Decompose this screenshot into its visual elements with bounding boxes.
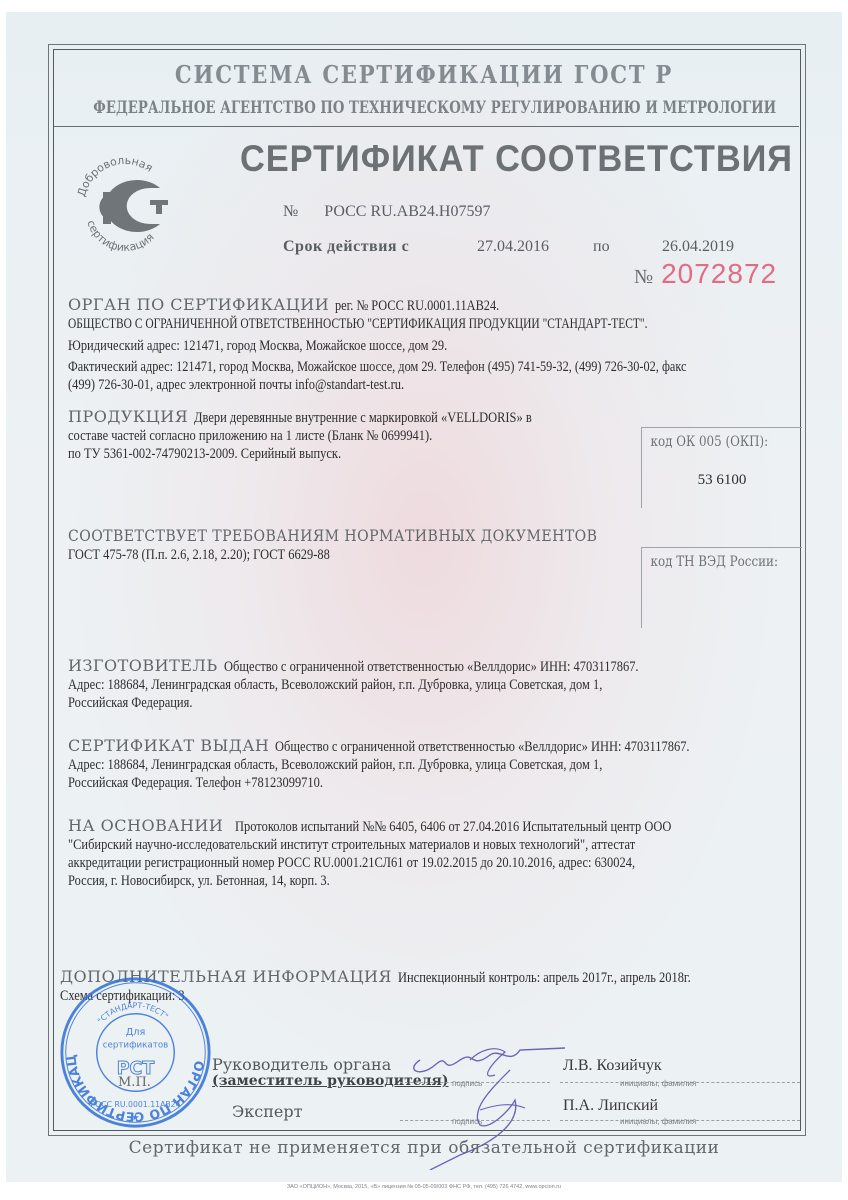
issued-to-text: Адрес: 188684, Ленинградская область, Вс… xyxy=(68,756,602,774)
number-value: РОСС RU.АВ24.Н07597 xyxy=(324,203,490,220)
okp-code-box: код ОК 005 (ОКП): 53 6100 xyxy=(641,427,802,508)
header-divider xyxy=(54,126,799,127)
conformity-standards: ГОСТ 475-78 (П.п. 2.6, 2.18, 2.20); ГОСТ… xyxy=(68,546,330,564)
svg-text:РОСС RU.0001.11АВ24: РОСС RU.0001.11АВ24 xyxy=(90,1100,180,1109)
blank-number-sign: № xyxy=(634,266,653,288)
certificate-title: СЕРТИФИКАТ СООТВЕТСТВИЯ xyxy=(240,138,793,180)
product-text: по ТУ 5361-002-74790213-2009. Серийный в… xyxy=(68,445,341,463)
svg-text:сертификатов: сертификатов xyxy=(103,1041,169,1051)
basis-text: Россия, г. Новосибирск, ул. Бетонная, 14… xyxy=(68,872,330,890)
product-text: составе частей согласно приложению на 1 … xyxy=(68,427,432,445)
certification-body-reg: рег. № РОСС RU.0001.11АВ24. xyxy=(335,297,499,315)
blank-serial-number: № 2072872 xyxy=(634,258,777,290)
basis-section: НА ОСНОВАНИИПротоколов испытаний №№ 6405… xyxy=(68,817,808,890)
mp-label: М.П. xyxy=(118,1075,151,1090)
certification-body-line: (499) 726-30-01, адрес электронной почты… xyxy=(68,376,404,394)
footer-note: Сертификат не применяется при обязательн… xyxy=(0,1138,848,1158)
tnved-code-box: код ТН ВЭД России: xyxy=(641,547,802,628)
svg-text:★: ★ xyxy=(131,1112,140,1123)
manufacturer-text: Общество с ограниченной ответственностью… xyxy=(224,658,639,676)
issued-to-section: СЕРТИФИКАТ ВЫДАНОбщество с ограниченной … xyxy=(68,737,808,792)
svg-text:Для: Для xyxy=(126,1027,146,1038)
expert-name-caption: инициалы, фамилия xyxy=(620,1117,696,1126)
basis-text: "Сибирский научно-исследовательский инст… xyxy=(68,836,635,854)
basis-text: аккредитации регистрационный номер РОСС … xyxy=(68,854,635,872)
agency-name: ФЕДЕРАЛЬНОЕ АГЕНТСТВО ПО ТЕХНИЧЕСКОМУ РЕ… xyxy=(93,98,754,118)
certification-body-heading: ОРГАН ПО СЕРТИФИКАЦИИ xyxy=(68,295,329,314)
valid-from: 27.04.2016 xyxy=(477,238,549,256)
printer-imprint: ЗАО «ОПЦИОН», Москва, 2015, «В» лицензия… xyxy=(0,1184,848,1190)
issued-to-text: Российская Федерация. Телефон +781230997… xyxy=(68,774,323,792)
certification-body-line: Фактический адрес: 121471, город Москва,… xyxy=(68,358,687,376)
additional-info-text: Инспекционный контроль: апрель 2017г., а… xyxy=(398,969,691,987)
valid-to-label: по xyxy=(593,238,610,256)
okp-code-label: код ОК 005 (ОКП): xyxy=(642,428,778,450)
issued-to-text: Общество с ограниченной ответственностью… xyxy=(275,738,690,756)
manufacturer-text: Российская Федерация. xyxy=(68,694,192,712)
validity-label: Срок действия с xyxy=(283,238,409,256)
system-title: СИСТЕМА СЕРТИФИКАЦИИ ГОСТ Р xyxy=(51,60,797,89)
head-name-caption: инициалы, фамилия xyxy=(620,1079,696,1088)
expert-label: Эксперт xyxy=(232,1102,302,1121)
product-text: Двери деревянные внутренние с маркировко… xyxy=(194,409,532,427)
certification-body-line: Юридический адрес: 121471, город Москва,… xyxy=(68,337,447,355)
seal-stamp-icon: ОРГАН ПО СЕРТИФИКАЦИИ ПРОДУКЦИИ "СТАНДАР… xyxy=(58,975,213,1130)
head-label: Руководитель органа xyxy=(212,1055,391,1074)
number-sign: № xyxy=(283,203,298,220)
basis-text: Протоколов испытаний №№ 6405, 6406 от 27… xyxy=(235,818,671,836)
tnved-code-label: код ТН ВЭД России: xyxy=(642,548,778,570)
valid-to: 26.04.2019 xyxy=(662,238,734,256)
conformity-heading: СООТВЕТСТВУЕТ ТРЕБОВАНИЯМ НОРМАТИВНЫХ ДО… xyxy=(68,527,597,545)
manufacturer-text: Адрес: 188684, Ленинградская область, Вс… xyxy=(68,676,602,694)
rst-logo-icon: Добровольная сертификация xyxy=(70,150,180,260)
issued-to-heading: СЕРТИФИКАТ ВЫДАН xyxy=(68,736,269,755)
manufacturer-heading: ИЗГОТОВИТЕЛЬ xyxy=(68,656,218,675)
certificate-number: № РОСС RU.АВ24.Н07597 xyxy=(283,203,490,221)
basis-heading: НА ОСНОВАНИИ xyxy=(68,816,223,835)
manufacturer-section: ИЗГОТОВИТЕЛЬОбщество с ограниченной отве… xyxy=(68,657,808,712)
blank-number-value: 2072872 xyxy=(661,258,777,289)
certification-body-line: ОБЩЕСТВО С ОГРАНИЧЕННОЙ ОТВЕТСТВЕННОСТЬЮ… xyxy=(68,315,647,333)
okp-code-value: 53 6100 xyxy=(642,472,802,489)
certification-body-section: ОРГАН ПО СЕРТИФИКАЦИИрег. № РОСС RU.0001… xyxy=(68,296,808,394)
product-heading: ПРОДУКЦИЯ xyxy=(68,407,188,426)
